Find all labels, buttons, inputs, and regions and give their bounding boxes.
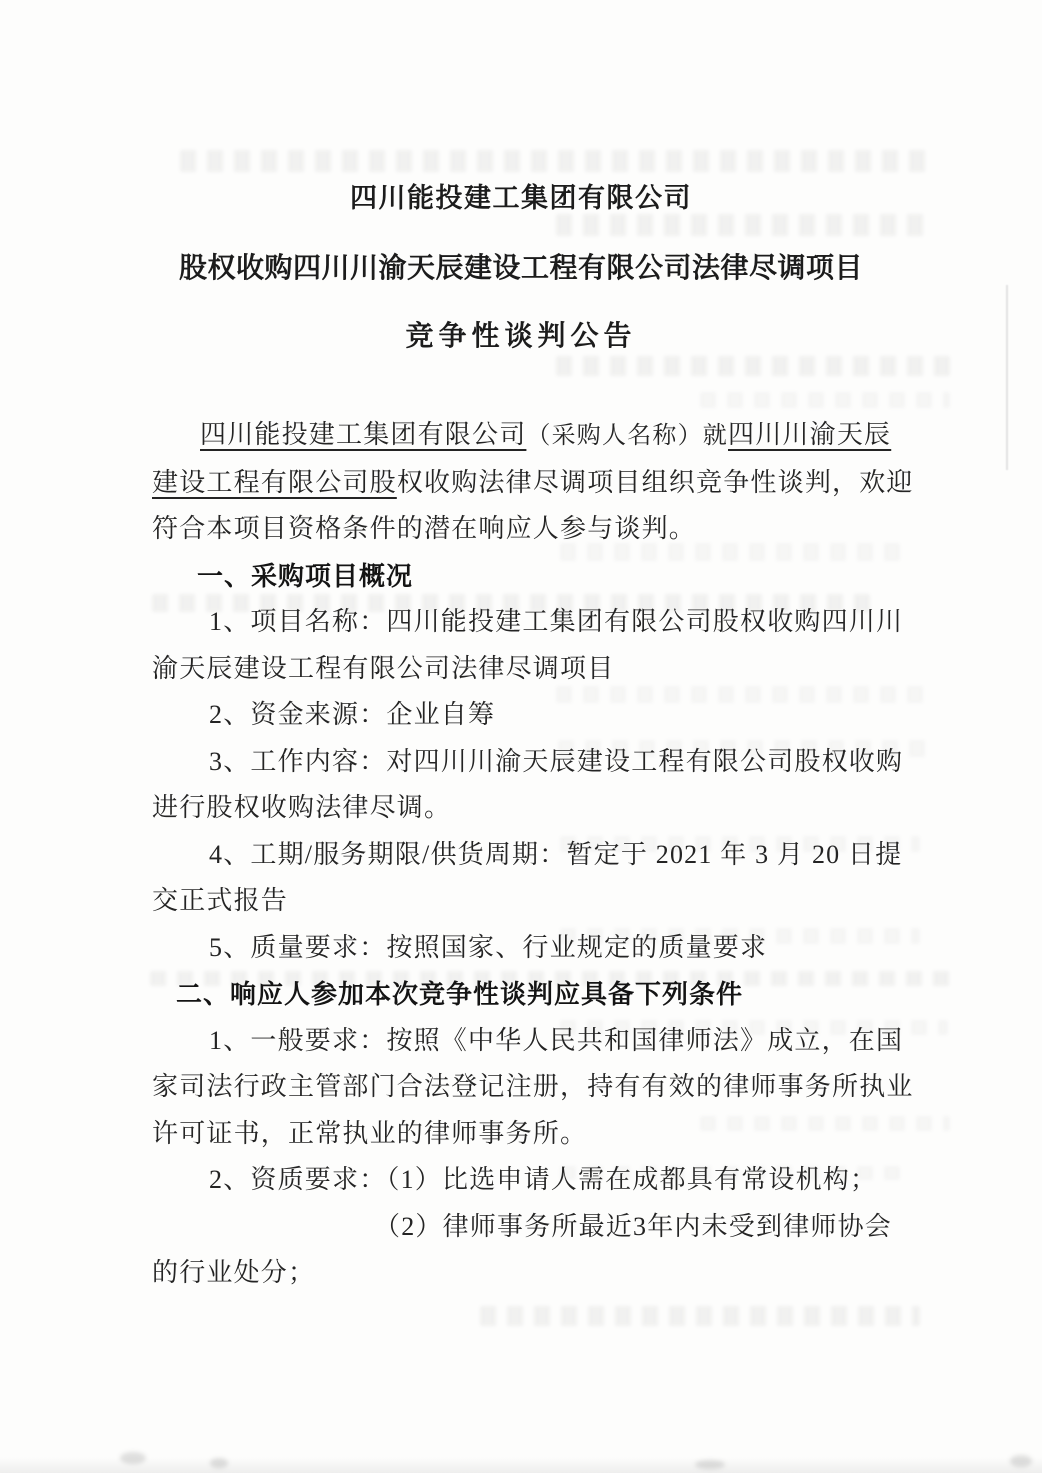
document-title-announcement: 竞争性谈判公告 bbox=[0, 314, 1042, 354]
section-2-item-1-line-2: 家司法行政主管部门合法登记注册，持有有效的律师事务所执业 bbox=[152, 1064, 912, 1111]
scan-artifact-row bbox=[556, 214, 930, 236]
section-2-item-2-line-1: 2、资质要求：（1）比选申请人需在成都具有常设机构； bbox=[152, 1157, 912, 1204]
target-company-underlined-part2: 建设工程有限公司股 bbox=[152, 468, 397, 497]
scan-artifact-row bbox=[180, 150, 928, 172]
section-1-item-5: 5、质量要求：按照国家、行业规定的质量要求 bbox=[152, 925, 912, 972]
scan-artifact-row bbox=[556, 356, 950, 376]
section-2-item-2-line-3: 的行业处分； bbox=[152, 1250, 912, 1297]
purchaser-label: （采购人名称）就 bbox=[526, 423, 728, 449]
target-company-underlined-part1: 四川川渝天辰 bbox=[728, 420, 891, 449]
section-1-heading: 一、采购项目概况 bbox=[152, 553, 912, 600]
scan-artifact-row bbox=[480, 1306, 920, 1326]
scan-artifact-line bbox=[1006, 285, 1008, 470]
scan-smudge bbox=[1010, 1455, 1032, 1467]
section-2-item-1-line-1: 1、一般要求：按照《中华人民共和国律师法》成立，在国 bbox=[152, 1018, 912, 1065]
section-2-heading: 二、响应人参加本次竞争性谈判应具备下列条件 bbox=[152, 971, 912, 1018]
section-2-item-2-line-2: （2）律师事务所最近3年内未受到律师协会 bbox=[152, 1204, 912, 1251]
intro-line-3: 符合本项目资格条件的潜在响应人参与谈判。 bbox=[152, 506, 912, 553]
section-1-item-4-line-2: 交正式报告 bbox=[152, 878, 912, 925]
scan-artifact-row bbox=[700, 392, 950, 408]
document-title-project: 股权收购四川川渝天辰建设工程有限公司法律尽调项目 bbox=[0, 246, 1042, 286]
section-1-item-4-line-1: 4、工期/服务期限/供货周期：暂定于 2021 年 3 月 20 日提 bbox=[152, 832, 912, 879]
intro-line-2: 建设工程有限公司股权收购法律尽调项目组织竞争性谈判，欢迎 bbox=[152, 460, 912, 507]
section-1-item-2: 2、资金来源：企业自筹 bbox=[152, 692, 912, 739]
section-1-item-3-line-1: 3、工作内容：对四川川渝天辰建设工程有限公司股权收购 bbox=[152, 739, 912, 786]
section-1-item-1-line-1: 1、项目名称：四川能投建工集团有限公司股权收购四川川 bbox=[152, 599, 912, 646]
scanned-document-page: 四川能投建工集团有限公司 股权收购四川川渝天辰建设工程有限公司法律尽调项目 竞争… bbox=[0, 0, 1042, 1473]
scan-smudge bbox=[210, 1458, 228, 1468]
section-2-item-1-line-3: 许可证书，正常执业的律师事务所。 bbox=[152, 1111, 912, 1158]
scan-smudge bbox=[120, 1452, 146, 1464]
scan-smudge bbox=[695, 1460, 725, 1469]
purchaser-name-underlined: 四川能投建工集团有限公司 bbox=[200, 420, 526, 449]
document-title-company: 四川能投建工集团有限公司 bbox=[0, 176, 1042, 215]
intro-line-1: 四川能投建工集团有限公司（采购人名称）就四川川渝天辰 bbox=[152, 412, 912, 460]
scan-bottom-shadow bbox=[0, 1457, 1042, 1473]
section-1-item-3-line-2: 进行股权收购法律尽调。 bbox=[152, 785, 912, 832]
document-body: 四川能投建工集团有限公司（采购人名称）就四川川渝天辰 建设工程有限公司股权收购法… bbox=[152, 412, 912, 1297]
intro-text: 权收购法律尽调项目组织竞争性谈判，欢迎 bbox=[397, 468, 914, 497]
section-1-item-1-line-2: 渝天辰建设工程有限公司法律尽调项目 bbox=[152, 646, 912, 693]
